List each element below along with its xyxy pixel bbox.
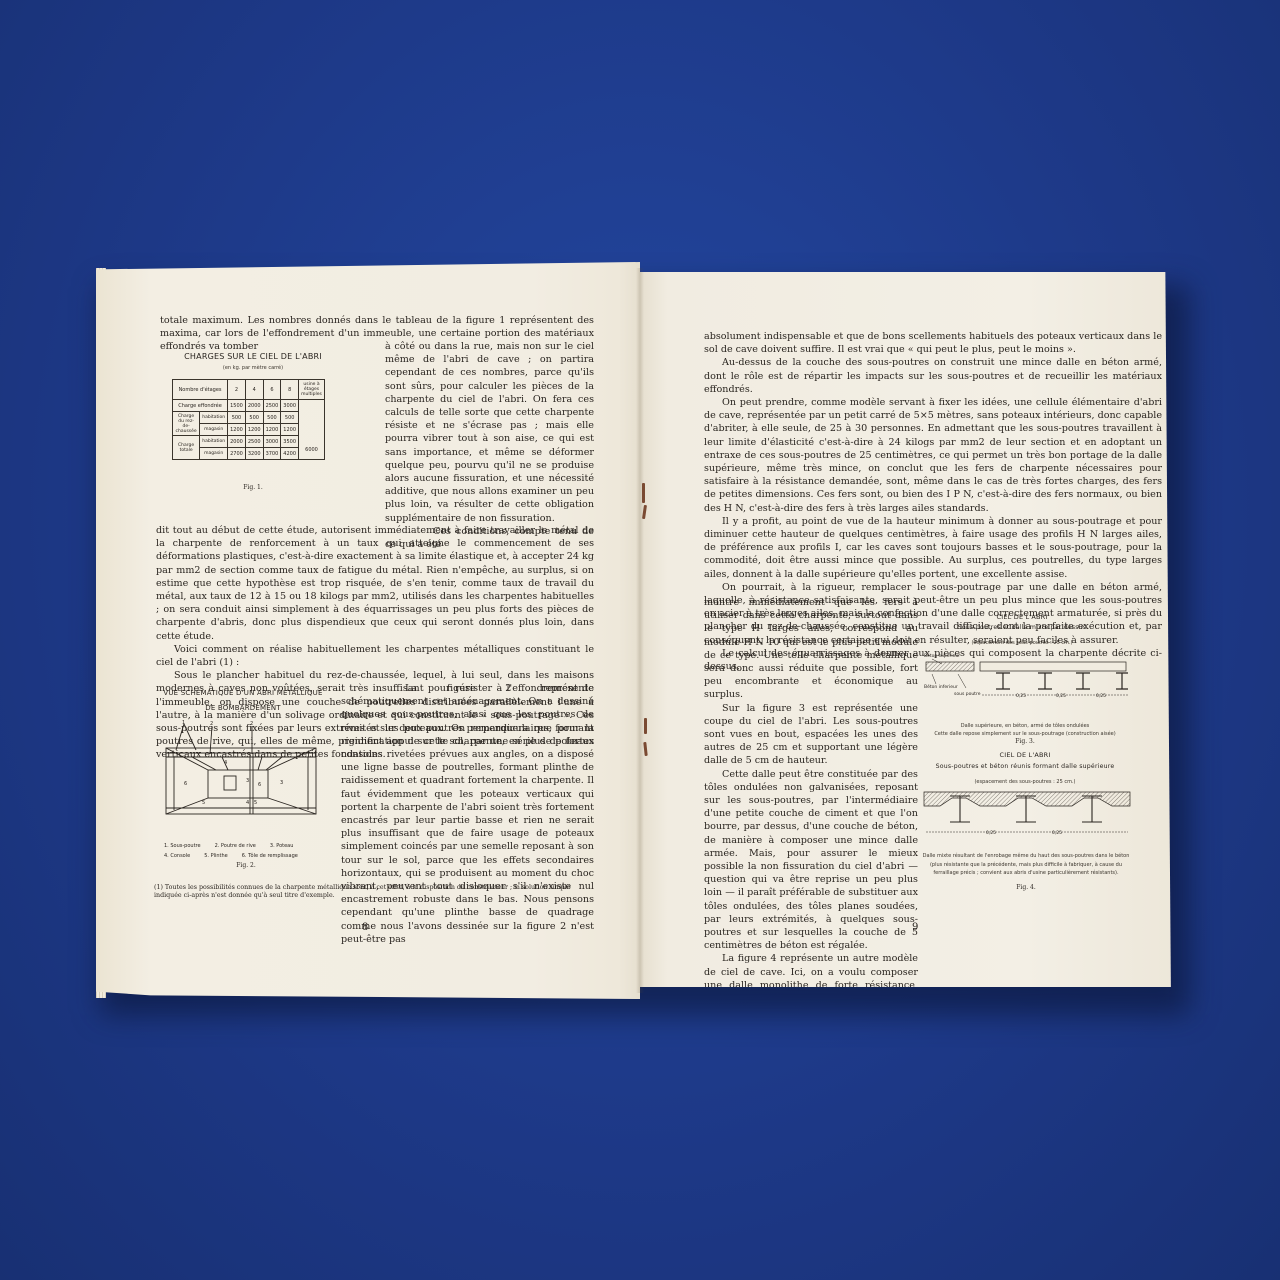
legend-item: 2. Poutre de rive	[215, 843, 256, 849]
table-cell-usine: 6000	[299, 400, 325, 460]
table-header-row: Nombre d'étages 2 4 6 8 usine à étages m…	[173, 380, 325, 400]
figure4-subtitle: Sous-poutres et béton réunis formant dal…	[922, 763, 1128, 770]
paragraph-dessus: Au-dessus de la couche des sous-poutres …	[704, 356, 1162, 396]
figure1-title: CHARGES SUR LE CIEL DE L'ABRI	[180, 352, 326, 361]
label-beton-inferieur: Béton inferieur	[924, 683, 958, 690]
table-cell: 2000	[228, 436, 246, 448]
page-number-left: 8	[362, 922, 368, 933]
svg-text:5: 5	[254, 800, 257, 806]
figure4-spacing-note: (espacement des sous-poutres : 25 cm.)	[922, 779, 1128, 785]
paragraph-conditions: dit tout au début de cette étude, autori…	[156, 524, 594, 643]
staple-top	[642, 483, 645, 503]
left-page: totale maximum. Les nombres donnés dans …	[96, 262, 640, 999]
table-cell: 3200	[245, 448, 263, 460]
figure4-title: CIEL DE L'ABRI	[922, 751, 1128, 759]
paragraph-fig4: La figure 4 représente un autre modèle d…	[704, 952, 918, 987]
figure3-spacing-note: (espacement des sous-poutres : 25 cm.)	[922, 640, 1122, 646]
right-left-column: montre immédiatement que les fers à util…	[704, 596, 918, 987]
table-cell: 2500	[245, 436, 263, 448]
figure2-title-line2: DE BOMBARDEMENT	[158, 704, 328, 712]
figure1-caption: Fig. 1.	[180, 484, 326, 491]
svg-text:0,25: 0,25	[1016, 693, 1026, 699]
charges-table: Nombre d'étages 2 4 6 8 usine à étages m…	[172, 379, 325, 460]
table-cell: 3700	[263, 448, 281, 460]
svg-text:3: 3	[246, 778, 249, 784]
table-row-label: Charge effondrée	[173, 400, 228, 412]
paragraph-modele: On peut prendre, comme modèle servant à …	[704, 396, 1162, 515]
table-cell: 500	[228, 412, 246, 424]
table-cell: 500	[245, 412, 263, 424]
legend-item: 6. Tôle de remplissage	[242, 853, 298, 859]
svg-text:0,25: 0,25	[1056, 693, 1066, 699]
page-number-right: 9	[912, 922, 918, 933]
column-text-figure2: La figure 2 représente schématiquement c…	[341, 682, 594, 946]
legend-item: 1. Sous-poutre	[164, 843, 201, 849]
figure4-section-diagram: 0,250,25	[922, 790, 1132, 840]
figure2-title-line1: VUE SCHÉMATIQUE D'UN ABRI MÉTALLIQUE	[158, 689, 328, 697]
table-header-cell: 4	[245, 380, 263, 400]
binding-spine	[636, 268, 644, 993]
table-row: Charge effondrée 1500 2000 2500 3000 600…	[173, 400, 325, 412]
table-row-sub: habitation	[200, 412, 228, 424]
paragraph-sure-numbers: à côté ou dans la rue, mais non sur le c…	[385, 340, 594, 525]
table-header-cell: 6	[263, 380, 281, 400]
table-cell: 1200	[281, 424, 299, 436]
table-header-cell: usine à étages multiples	[299, 380, 325, 400]
table-cell: 1500	[228, 400, 246, 412]
table-row-label: Charge du rez-de-chaussée	[173, 412, 200, 436]
table-cell: 4200	[281, 448, 299, 460]
svg-text:2: 2	[250, 721, 253, 727]
table-header-label: Nombre d'étages	[173, 380, 228, 400]
svg-text:3: 3	[280, 780, 283, 786]
legend-item: 3. Poteau	[270, 843, 294, 849]
table-header-cell: 2	[228, 380, 246, 400]
table-cell: 2500	[263, 400, 281, 412]
table-cell: 3000	[281, 400, 299, 412]
table-row-label: Charge totale	[173, 436, 200, 460]
svg-text:6: 6	[258, 782, 261, 788]
svg-text:2: 2	[210, 721, 213, 727]
table-cell: 500	[263, 412, 281, 424]
column-text-right: à côté ou dans la rue, mais non sur le c…	[385, 340, 594, 551]
paragraph-calcul: montre immédiatement que les fers à util…	[704, 596, 918, 702]
footnote: (1) Toutes les possibilités connues de l…	[154, 884, 594, 899]
figure3-caption-line1: Dalle supérieure, en béton, armé de tôle…	[922, 723, 1128, 729]
figure3-title: CIEL DE L'ABRI	[922, 613, 1122, 621]
figure2-legend-row2: 4. Console 5. Plinthe 6. Tôle de remplis…	[164, 853, 334, 859]
svg-text:6: 6	[184, 781, 187, 787]
table-cell: 3000	[263, 436, 281, 448]
figure2-legend-row1: 1. Sous-poutre 2. Poutre de rive 3. Pote…	[164, 843, 324, 849]
figure3-caption: Fig. 3.	[922, 738, 1128, 745]
figure1-subtitle: (en kg. par mètre carré)	[180, 365, 326, 371]
table-cell: 3500	[281, 436, 299, 448]
table-cell: 1200	[228, 424, 246, 436]
table-cell: 500	[281, 412, 299, 424]
table-row-sub: magasin	[200, 424, 228, 436]
figure2-caption: Fig. 2.	[216, 862, 276, 869]
paragraph-top: absolument indispensable et que de bons …	[704, 330, 1162, 356]
label-beton-superieur: Béton supérieur	[924, 652, 960, 659]
figure4-caption-text: Dalle mixte résultant de l'enrobage même…	[922, 852, 1130, 878]
paragraph-fig3: Sur la figure 3 est représentée une coup…	[704, 702, 918, 768]
legend-item: 5. Plinthe	[204, 853, 228, 859]
table-cell: 1200	[263, 424, 281, 436]
svg-text:4: 4	[224, 760, 227, 766]
figure4-caption: Fig. 4.	[922, 884, 1130, 891]
svg-text:0,25: 0,25	[986, 830, 996, 836]
staple-bottom	[644, 718, 647, 734]
svg-text:1: 1	[182, 720, 185, 726]
label-sous-poutre: sous poutre	[954, 691, 981, 697]
figure3-subtitle: Sous-poutres et dalle mixte par dessus	[922, 624, 1122, 631]
svg-text:4: 4	[246, 800, 249, 806]
svg-text:5: 5	[202, 800, 205, 806]
table-cell: 2000	[245, 400, 263, 412]
paragraph-figure2: La figure 2 représente schématiquement c…	[341, 682, 594, 946]
legend-item: 4. Console	[164, 853, 190, 859]
figure3-caption-line2: Cette dalle repose simplement sur le sou…	[922, 731, 1128, 737]
svg-text:0,25: 0,25	[1052, 830, 1062, 836]
table-row-sub: magasin	[200, 448, 228, 460]
paragraph-dalle: Cette dalle peut être constituée par des…	[704, 768, 918, 953]
paragraph-profit: Il y a profit, au point de vue de la hau…	[704, 515, 1162, 581]
table-row-sub: habitation	[200, 436, 228, 448]
table-header-cell: 8	[281, 380, 299, 400]
figure2-shelter-diagram: 122 663 3554 4	[162, 720, 318, 820]
svg-text:0,25: 0,25	[1096, 693, 1106, 699]
table-cell: 1200	[245, 424, 263, 436]
right-page: absolument indispensable et que de bons …	[640, 272, 1193, 987]
table-cell: 2700	[228, 448, 246, 460]
paragraph-voici: Voici comment on réalise habituellement …	[156, 643, 594, 669]
figure3-section-diagram: Béton supérieur Béton inferieur sous pou…	[922, 652, 1132, 712]
